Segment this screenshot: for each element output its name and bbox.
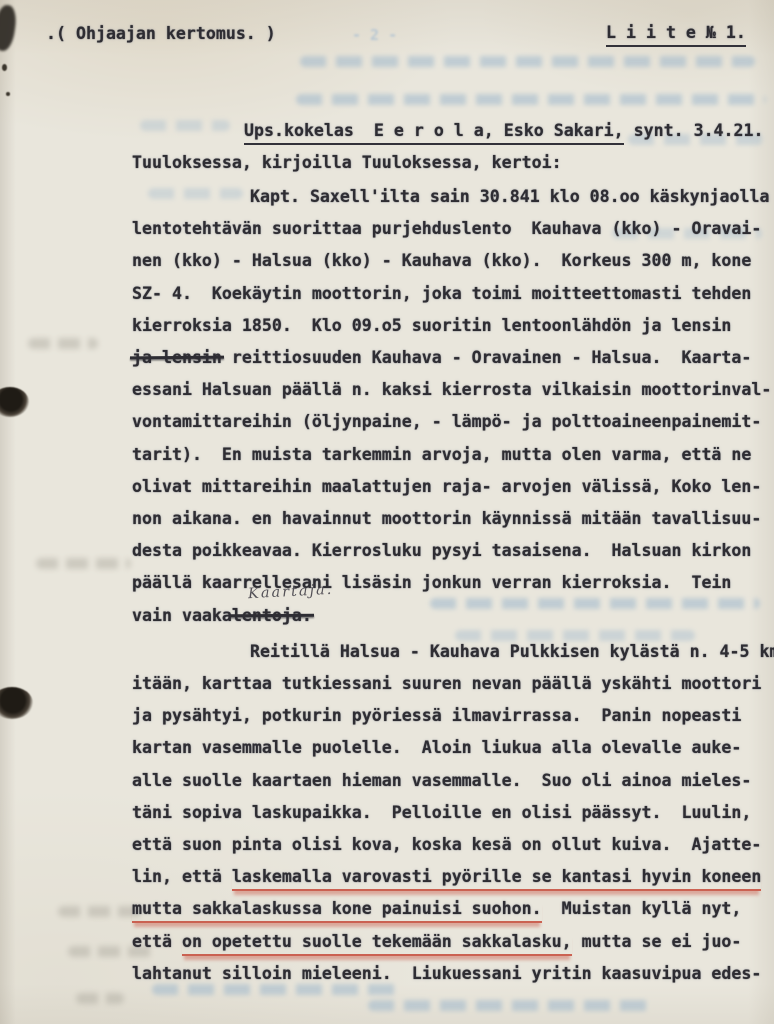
red-underline-text: mutta sakkalaskussa kone painuisi suohon… [132,899,542,923]
header-right-attachment-label: L i i t e № 1. [606,23,746,42]
punch-hole [0,387,29,417]
text-line: alle suolle kaartaen hieman vasemmalle. … [132,771,751,790]
bleedthrough-smudge [140,120,230,131]
text-line: vain vaakalentoja. [132,606,312,625]
report-title: Ups.kokelas E e r o l a, Esko Sakari, sy… [244,121,764,140]
ink-speck [2,64,7,71]
text-segment: Kapt. Saxell'ilta sain 30.841 klo 08.oo … [250,187,770,206]
text-segment: lahtanut silloin mieleeni. Liukuessani y… [132,964,761,983]
text-line: itään, karttaa tutkiessani suuren nevan … [132,674,761,693]
bleedthrough-smudge [430,598,760,609]
attachment-number: L i i t e № 1. [606,23,746,47]
red-underline-text: laskemalla varovasti pyörille se kantasi… [232,867,762,891]
text-segment: olivat mittareihin maalattujen raja- arv… [132,477,761,496]
text-line: Kapt. Saxell'ilta sain 30.841 klo 08.oo … [250,187,770,206]
bleedthrough-smudge [28,338,98,349]
text-segment: tarit). En muista tarkemmin arvoja, mutt… [132,445,751,464]
report-subtitle: Tuuloksessa, kirjoilla Tuuloksessa, kert… [132,153,562,172]
text-segment: kierroksia 1850. Klo 09.o5 suoritin lent… [132,316,731,335]
text-segment: reittiosuuden Kauhava - Oravainen - Hals… [222,348,752,367]
text-segment: lin, että [132,867,232,886]
text-segment: Reitillä Halsua - Kauhava Pulkkisen kylä… [250,642,774,661]
bleedthrough-smudge [76,993,124,1004]
text-line: kartan vasemmalle puolelle. Aloin liukua… [132,738,741,757]
text-segment: vontamittareihin (öljynpaine, - lämpö- j… [132,412,761,431]
text-segment: essani Halsuan päällä n. kaksi kierrosta… [132,380,771,399]
text-segment: non aikana. en havainnut moottorin käynn… [132,509,761,528]
text-line: lin, että laskemalla varovasti pyörille … [132,867,761,886]
ink-speck [6,92,10,96]
header-left-label: .( Ohjaajan kertomus. ) [46,24,276,43]
bleedthrough-smudge [455,630,695,641]
bleedthrough-smudge [368,1000,653,1011]
text-line: ja pysähtyi, potkurin pyöriessä ilmavirr… [132,706,741,725]
document-page: .( Ohjaajan kertomus. ) - 2 - L i i t e … [0,0,774,1024]
text-segment: että suon pinta olisi kova, koska kesä o… [132,835,761,854]
bleedthrough-smudge [152,984,402,995]
text-line: tarit). En muista tarkemmin arvoja, mutt… [132,445,751,464]
text-line: että suon pinta olisi kova, koska kesä o… [132,835,761,854]
text-line: ja lensin reittiosuuden Kauhava - Oravai… [132,348,751,367]
report-title-name: Ups.kokelas E e r o l a, Esko Sakari, [244,121,624,145]
bleedthrough-smudge [36,558,131,569]
text-line: lentotehtävän suorittaa purjehduslento K… [132,219,761,238]
bleedthrough-smudge [148,188,243,199]
text-line: non aikana. en havainnut moottorin käynn… [132,509,761,528]
text-segment: desta poikkeavaa. Kierrosluku pysyi tasa… [132,541,751,560]
text-segment: mutta se ei juo- [572,932,742,951]
text-segment: alle suolle kaartaen hieman vasemmalle. … [132,771,751,790]
text-segment: SZ- 4. Koekäytin moottorin, joka toimi m… [132,284,751,303]
handwritten-annotation: Kaartaja. [248,582,334,602]
text-line: Reitillä Halsua - Kauhava Pulkkisen kylä… [250,642,774,661]
text-segment: itään, karttaa tutkiessani suuren nevan … [132,674,761,693]
text-segment: päällä kaarrellesani lisäsin jonkun verr… [132,573,731,592]
text-line: lahtanut silloin mieleeni. Liukuessani y… [132,964,761,983]
text-line: vontamittareihin (öljynpaine, - lämpö- j… [132,412,761,431]
punch-hole [0,687,33,719]
page-number-ghost: - 2 - [352,26,397,44]
bleedthrough-smudge [296,94,766,105]
text-line: olivat mittareihin maalattujen raja- arv… [132,477,761,496]
text-line: että on opetettu suolle tekemään sakkala… [132,932,741,951]
text-line: desta poikkeavaa. Kierrosluku pysyi tasa… [132,541,751,560]
text-segment: vain vaaka [132,606,232,625]
text-line: kierroksia 1850. Klo 09.o5 suoritin lent… [132,316,731,335]
text-line: essani Halsuan päällä n. kaksi kierrosta… [132,380,771,399]
strike-text: ja lensin [132,348,222,367]
bleedthrough-smudge [300,56,755,67]
text-segment: kartan vasemmalle puolelle. Aloin liukua… [132,738,741,757]
text-line: nen (kko) - Halsua (kko) - Kauhava (kko)… [132,251,751,270]
scan-edge-blotch [0,4,18,52]
report-title-birthdate: synt. 3.4.21. [624,121,764,140]
text-segment: täni sopiva laskupaikka. Pelloille en ol… [132,803,751,822]
strike-text: lentoja. [232,606,312,625]
text-segment: ja pysähtyi, potkurin pyöriessä ilmavirr… [132,706,741,725]
text-line: SZ- 4. Koekäytin moottorin, joka toimi m… [132,284,751,303]
text-segment: Muistan kyllä nyt, [542,899,742,918]
text-line: mutta sakkalaskussa kone painuisi suohon… [132,899,741,918]
text-line: täni sopiva laskupaikka. Pelloille en ol… [132,803,751,822]
text-segment: lentotehtävän suorittaa purjehduslento K… [132,219,761,238]
red-underline-text: on opetettu suolle tekemään sakkalasku, [182,932,572,956]
text-segment: nen (kko) - Halsua (kko) - Kauhava (kko)… [132,251,751,270]
text-line: päällä kaarrellesani lisäsin jonkun verr… [132,573,731,592]
text-segment: että [132,932,182,951]
